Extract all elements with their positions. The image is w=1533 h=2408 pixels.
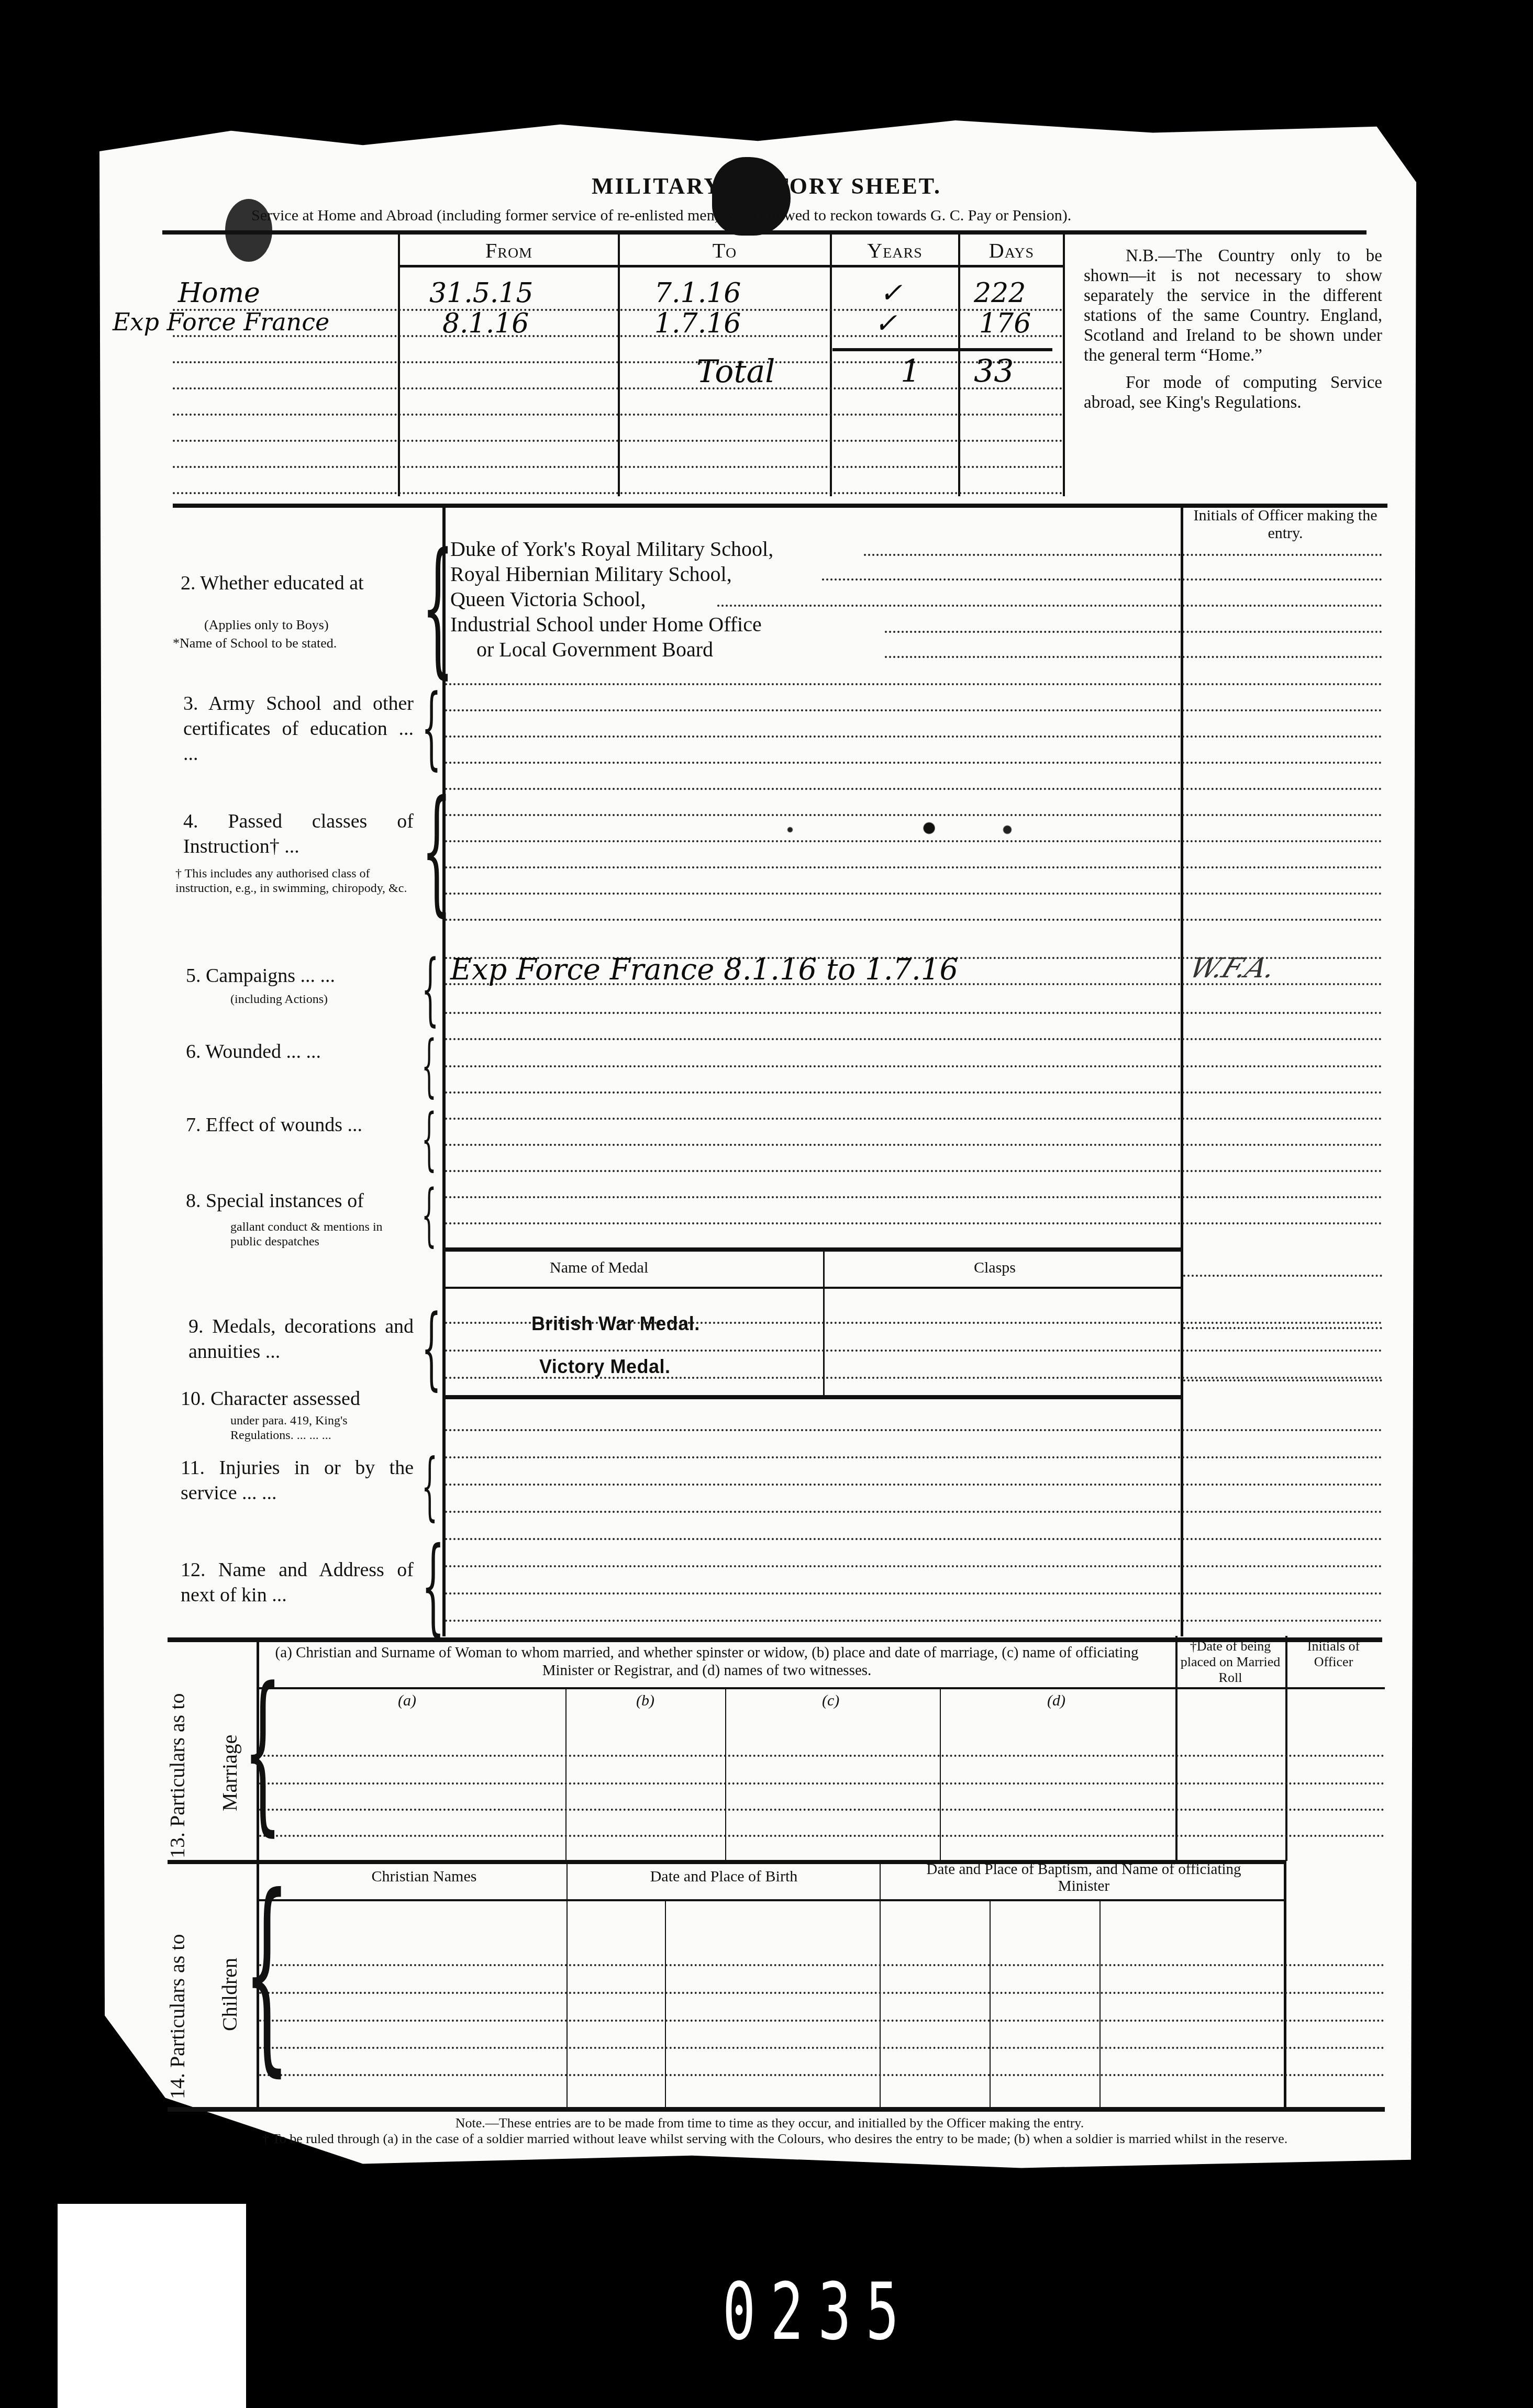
service-header-rule [398,265,1063,267]
total-rule [832,348,1052,351]
ruled-line [445,1170,1382,1172]
ruled-line [445,1144,1382,1146]
section-10-label: 10. Character assessed [181,1386,360,1411]
ruled-line [1183,1379,1382,1381]
marriage-col-c: (c) [822,1692,839,1710]
section-8-note: gallant conduct & mentions in public des… [230,1220,408,1249]
ink-specks [660,822,1094,838]
marriage-side-label-2: Marriage [217,1734,242,1811]
brace-icon: { [421,950,439,1029]
medal-table-bottom-rule [445,1395,1181,1399]
ruled-line [445,1456,1382,1458]
ruled-line [445,893,1382,895]
col-divider [958,235,960,496]
ruled-line [259,2020,1385,2022]
ruled-line [445,1592,1382,1595]
section-5-label: 5. Campaigns ... ... [186,963,335,988]
ruled-line [259,1809,1385,1811]
ruled-line [864,554,1382,556]
service-subtitle: Service at Home and Abroad (including fo… [251,207,1071,225]
ruled-line [259,1755,1385,1757]
children-col-names: Christian Names [293,1868,555,1886]
ruled-line [445,762,1382,764]
children-header-rule [259,1899,1285,1901]
brace-icon: { [421,1534,445,1638]
col-divider [1063,235,1065,496]
brace-icon: { [421,1105,437,1173]
ruled-line [445,735,1382,738]
ruled-line [173,387,1063,389]
school-1: Duke of York's Royal Military School, [450,537,773,562]
ruled-line [445,1038,1382,1040]
section-11-label: 11. Injuries in or by the service ... ..… [181,1455,414,1506]
section-10-note: under para. 419, King's Regulations. ...… [230,1413,414,1443]
service-row-1-years: ✓ [880,277,903,309]
initials-column-border [1181,506,1183,1636]
ruled-line [445,1196,1382,1198]
children-right-border [1284,1860,1286,2109]
ruled-line [445,1012,1382,1014]
brace-icon: { [421,1031,437,1099]
medal-table-top-rule [445,1247,1181,1252]
section-4-label: 4. Passed classes of Instruction† ... [183,809,414,859]
ruled-line [445,1350,1382,1352]
children-col-baptism: Date and Place of Baptism, and Name of o… [901,1861,1267,1894]
ruled-line [259,1835,1385,1837]
marriage-header-rule [259,1687,1385,1689]
ruled-line [445,814,1382,816]
school-3: Queen Victoria School, [450,587,773,612]
school-list: Duke of York's Royal Military School, Ro… [450,537,773,662]
ruled-line [445,1222,1382,1224]
ruled-line [173,361,1063,363]
children-side-label-2: Children [217,1958,242,2031]
section-7-label: 7. Effect of wounds ... [186,1112,362,1138]
section-3-label: 3. Army School and other certificates of… [183,691,414,766]
marriage-col-d: (d) [1047,1692,1065,1710]
ruled-line [445,919,1382,921]
service-row-1-days: 222 [974,277,1026,309]
medal-british-war: British War Medal. [531,1313,700,1335]
brace-icon: { [243,1665,282,1837]
children-bottom-rule [168,2107,1385,2112]
marriage-initials-header: Initials of Officer [1289,1638,1378,1670]
married-roll-col-border [1175,1636,1177,1861]
marriage-col-a: (a) [398,1692,416,1710]
header-years: Years [832,238,958,263]
nb-note: N.B.—The Country only to be shown—it is … [1084,246,1382,413]
header-to: To [620,238,829,263]
service-total-label: Total [696,353,775,390]
service-row-2-to: 1.7.16 [654,308,741,339]
section-2-note-1: (Applies only to Boys) [204,618,329,632]
ruled-line [173,492,1063,494]
ruled-line [445,1065,1382,1067]
ruled-line [445,1620,1382,1622]
brace-icon: { [421,534,454,681]
ruled-line [445,1565,1382,1567]
ruled-line [885,656,1382,658]
marriage-header: (a) Christian and Surname of Woman to wh… [262,1644,1152,1679]
section-8-label: 8. Special instances of [186,1188,364,1213]
ruled-line [173,466,1063,468]
service-row-1-from: 31.5.15 [429,277,533,309]
section-4-note: † This includes any authorised class of … [175,866,411,896]
service-row-2-days: 176 [979,308,1031,339]
ruled-line [445,1118,1382,1120]
school-2: Royal Hibernian Military School, [450,562,773,587]
brace-icon: { [421,1303,441,1392]
header-days: Days [960,238,1063,263]
ruled-line [445,1511,1382,1513]
frame-marker-strip [58,2204,246,2408]
brace-icon: { [421,683,441,772]
ruled-line [445,1484,1382,1486]
frame-number: 0235 [723,2267,914,2358]
medal-victory: Victory Medal. [539,1356,670,1378]
children-col-birth: Date and Place of Birth [571,1868,877,1886]
section-2-note-2: *Name of School to be stated. [173,636,337,651]
footer-note: Note.—These entries are to be made from … [262,2115,1277,2132]
ruled-line [885,631,1382,633]
ruled-line [445,683,1382,685]
brace-icon: { [421,1180,437,1248]
ruled-line [1183,1275,1382,1277]
ruled-line [1183,1327,1382,1329]
medal-col-divider [823,1251,825,1398]
brace-icon: { [243,1869,290,2078]
clasps-col-header: Clasps [974,1259,1016,1277]
service-table-top-rule [162,230,1367,235]
ruled-line [445,788,1382,790]
section-5-note: (including Actions) [230,992,328,1007]
nb-note-paragraph-1: N.B.—The Country only to be shown—it is … [1084,246,1382,365]
section-6-label: 6. Wounded ... ... [186,1039,321,1064]
footer-dagger-note: † To be ruled through (a) in the case of… [209,2131,1340,2147]
ruled-line [259,2074,1385,2076]
service-total-days: 33 [974,353,1014,390]
brace-icon: { [421,1450,438,1523]
ruled-line [445,1538,1382,1540]
marriage-col-b: (b) [636,1692,654,1710]
service-row-2-country: Exp Force France [113,308,329,336]
medal-col-header: Name of Medal [550,1259,648,1277]
ruled-line [259,1782,1385,1785]
section-9-label: 9. Medals, decorations and annuities ... [188,1314,414,1364]
ruled-line [445,1429,1382,1431]
ruled-line [259,2047,1385,2049]
ruled-line [717,605,1382,607]
school-4: Industrial School under Home Office [450,612,773,637]
service-total-years: 1 [901,353,920,390]
marriage-side-label: 13. Particulars as to [165,1693,190,1859]
col-divider [618,235,620,496]
col-divider [398,235,400,496]
initials-header: Initials of Officer making the entry. [1186,507,1385,542]
service-row-1-to: 7.1.16 [654,277,741,309]
ruled-line [445,1091,1382,1094]
ruled-line [445,840,1382,842]
ruled-line [445,866,1382,868]
school-5: or Local Government Board [450,637,773,662]
ruled-line [173,414,1063,416]
section-12-label: 12. Name and Address of next of kin ... [181,1557,414,1608]
ruled-line [259,1964,1385,1966]
ruled-line [173,440,1063,442]
marriage-initials-col-border [1285,1636,1287,1861]
married-roll-header: †Date of being placed on Married Roll [1178,1638,1283,1686]
header-from: From [400,238,618,263]
col-divider [830,235,832,496]
children-side-label: 14. Particulars as to [165,1934,190,2100]
section-2-label: 2. Whether educated at [181,571,364,596]
ruled-line [822,578,1382,581]
brace-icon: { [421,783,452,919]
campaign-entry: Exp Force France 8.1.16 to 1.7.16 [450,953,958,987]
service-row-2-from: 8.1.16 [442,308,529,339]
service-row-2-years: ✓ [874,308,897,339]
campaign-initials: W.F.A. [1185,953,1280,984]
ruled-line [445,709,1382,711]
nb-note-paragraph-2: For mode of computing Service abroad, se… [1084,373,1382,413]
service-row-1-country: Home [178,277,260,309]
medal-header-rule [445,1287,1181,1289]
ruled-line [259,1992,1385,1994]
